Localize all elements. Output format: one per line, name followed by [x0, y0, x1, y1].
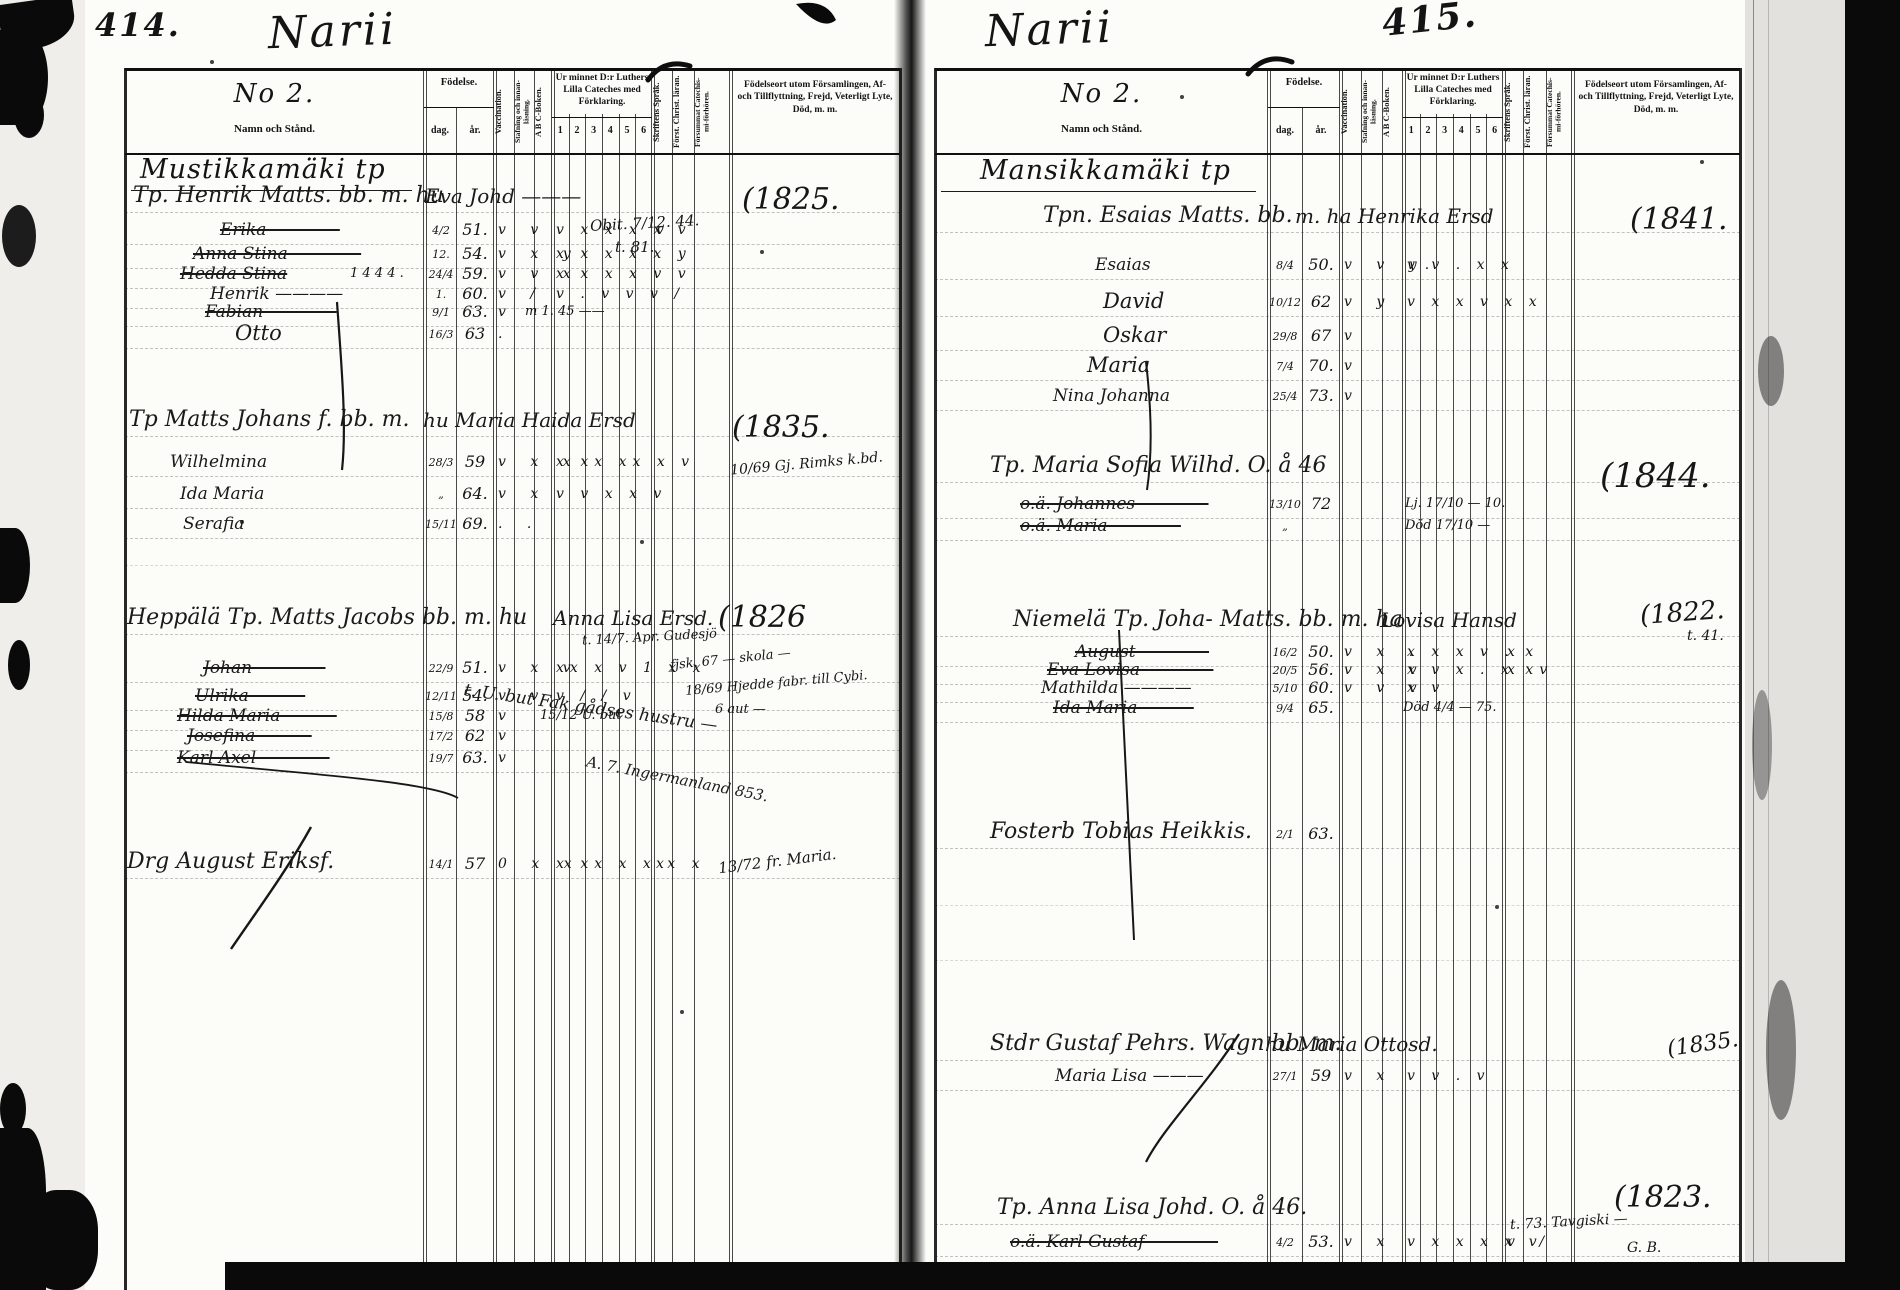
table-body-right: Mansikkamäki tpTpn. Esaias Matts. bb.m. …	[935, 150, 1740, 1290]
row-birth-day: 12.	[424, 248, 458, 261]
row-annotation: Lj. 17/10 — 10.	[1405, 496, 1505, 511]
row-birth-year: 65.	[1302, 698, 1340, 717]
row-name: Johan ————	[203, 658, 326, 678]
row-name: Niemelä Tp. Joha- Matts. bb. m. ha	[1013, 607, 1403, 632]
row-name: Fabian ————	[205, 302, 337, 322]
scan-speck	[1700, 160, 1704, 164]
header-scripture-label: Skriftens Språk.	[652, 74, 672, 150]
header-year-label: år.	[456, 125, 494, 137]
remark-note: (1823.	[1614, 1180, 1712, 1215]
row-marks-reading: v v	[498, 222, 548, 238]
header-abc-label: A B C-Boken.	[534, 74, 552, 150]
ink-blot	[1752, 690, 1772, 800]
header-missed-exam-label: Försummat Catechis- mi-förhören.	[1546, 74, 1572, 150]
table-row: Oskar29/867v	[935, 326, 1740, 351]
header-divider	[552, 117, 652, 118]
row-birth-day: 17/2	[424, 730, 458, 743]
register-table-right: No 2. Namn och Stånd. Födelse. dag. år. …	[935, 68, 1740, 1290]
row-birth-year: 51.	[456, 658, 494, 677]
row-birth-day: 28/3	[424, 456, 458, 469]
row-birth-year: 59	[456, 452, 494, 471]
row-birth-day: 24/4	[424, 268, 458, 281]
header-cat-col-4: 4	[1453, 125, 1470, 137]
row-marks-reading: .	[498, 326, 512, 342]
row-birth-day: 22/9	[424, 662, 458, 675]
row-birth-year: 69.	[456, 514, 494, 533]
header-vaccination-label: Vaccination.	[494, 74, 514, 150]
table-row: Ida Maria ———9/465.Död 4/4 — 75.	[935, 698, 1740, 723]
table-row: Ida Maria„64.v xv v x x v	[125, 484, 900, 509]
remark-note: G. B.	[1627, 1240, 1661, 1256]
row-marks-reading: . .	[498, 516, 541, 532]
header-name-label: Namn och Stånd.	[125, 123, 424, 135]
row-name: August ————	[1075, 642, 1209, 662]
row-birth-year: 63.	[456, 748, 494, 767]
table-row: Tpn. Esaias Matts. bb.m. ha Henrika Ersd	[935, 208, 1740, 233]
row-marks-reading: v	[498, 708, 516, 724]
header-cat-col-5: 5	[1470, 125, 1487, 137]
row-marks-extra: x	[1507, 644, 1525, 660]
row-name: Anna Stina ————	[193, 244, 361, 264]
remark-note: t. 41.	[1687, 628, 1724, 644]
remark-note: (1844.	[1600, 456, 1711, 496]
page-edge-line	[1753, 0, 1754, 1290]
row-marks-reading: v y	[1344, 294, 1394, 310]
row-birth-year: 64.	[456, 484, 494, 503]
row-name: o.ä. Maria ————	[1020, 516, 1181, 536]
row-marks-catechism: v v x x v	[556, 486, 667, 502]
row-birth-day: 9/4	[1268, 702, 1302, 715]
row-name: Nina Johanna	[1053, 386, 1170, 406]
row-annotation: Död 4/4 — 75.	[1403, 700, 1497, 715]
row-marks-catechism: v v . v	[1407, 1068, 1491, 1084]
remark-note: 6 aut —	[715, 702, 766, 717]
row-marks-extra: x	[656, 856, 674, 872]
header-divider	[1403, 117, 1503, 118]
page-title-left: Narii	[267, 4, 398, 59]
table-row: Maria Lisa ———27/159v xv v . v	[935, 1066, 1740, 1091]
row-birth-day: 2/1	[1268, 828, 1302, 841]
row-name: Heppälä Tp. Matts Jacobs bb. m. hu	[127, 605, 527, 630]
page-title-right: Narii	[984, 2, 1115, 57]
row-marks-catechism: v . v v v /	[556, 286, 685, 302]
header-birth-label: Födelse.	[1268, 77, 1340, 89]
row-name: Wilhelmina	[170, 452, 267, 472]
row-name: Ida Maria ———	[1053, 698, 1194, 718]
row-marks-reading: v	[498, 304, 516, 320]
row-birth-year: 70.	[1302, 356, 1340, 375]
header-abc-label: A B C-Boken.	[1382, 74, 1403, 150]
remark-note: t. 81.	[615, 238, 654, 256]
row-marks-reading: v x	[498, 486, 548, 502]
header-cat-col-1: 1	[552, 125, 569, 137]
row-birth-year: 63	[456, 324, 494, 343]
row-name: Maria Lisa ———	[1055, 1066, 1204, 1086]
header-divider	[1268, 107, 1340, 108]
scan-speck	[240, 520, 244, 524]
row-annotation: Död 17/10 —	[1405, 518, 1490, 533]
row-name: Hilda Maria ———	[177, 706, 337, 726]
row-birth-day: 9/1	[424, 306, 458, 319]
table-row: o.ä. Karl Gustaf ————4/253.v xv x x x x …	[935, 1232, 1740, 1257]
row-birth-day: „	[1268, 520, 1302, 533]
row-birth-year: 72	[1302, 494, 1340, 513]
row-name: Tpn. Esaias Matts. bb.	[1043, 203, 1293, 228]
row-name: o.ä. Johannes ————	[1020, 494, 1209, 514]
row-name: Oskar	[1103, 323, 1166, 347]
row-birth-day: „	[424, 488, 458, 501]
header-vaccination-label: Vaccination.	[1340, 74, 1361, 150]
row-name: Ida Maria	[180, 484, 264, 504]
row-birth-day: 10/12	[1268, 296, 1302, 309]
remark-note: (1826	[718, 600, 806, 635]
row-marks-catechism: x xx x x x x	[556, 856, 706, 872]
remark-note: (1825.	[742, 182, 840, 217]
row-birth-year: 54.	[456, 244, 494, 263]
row-spouse-name: hu Maria Haida Ersd	[423, 408, 636, 432]
row-name: David	[1103, 289, 1164, 313]
header-remarks-label: Födelseort utom Församlingen, Af- och Ti…	[730, 79, 900, 116]
header-cat-col-6: 6	[635, 125, 652, 137]
row-annotation: m 1. 45 ——	[525, 304, 605, 319]
table-row: Otto16/363.	[125, 324, 900, 349]
register-table-left: No 2. Namn och Stånd. Födelse. dag. år. …	[125, 68, 900, 1290]
page-number-left: 414.	[95, 6, 181, 44]
row-marks-extra: x v	[1507, 662, 1557, 678]
ink-blot	[14, 92, 44, 138]
row-name: Tp. Maria Sofia Wilhd. O. å 46	[990, 453, 1327, 478]
row-birth-day: 15/11	[424, 518, 458, 531]
row-birth-day: 7/4	[1268, 360, 1302, 373]
row-spouse-name: m. ha Henrika Ersd	[1295, 204, 1494, 228]
row-marks-catechism: v v . x x	[1407, 257, 1515, 273]
row-name: Eva Lovisa ————	[1047, 660, 1213, 680]
row-birth-day: 27/1	[1268, 1070, 1302, 1083]
row-name: Fosterb Tobias Heikkis.	[990, 819, 1252, 844]
row-name: Esaias	[1095, 255, 1151, 275]
header-name-cell: No 2. Namn och Stånd.	[125, 71, 424, 153]
row-name: Drg August Eriksf.	[127, 849, 334, 874]
table-row: o.ä. Maria ————„Död 17/10 —	[935, 516, 1740, 541]
table-row: David10/1262v yv x x v x x	[935, 292, 1740, 317]
header-divider	[424, 107, 494, 108]
remark-note: (1835.	[732, 410, 830, 445]
header-cat-col-6: 6	[1486, 125, 1503, 137]
row-name: Henrik ————	[210, 284, 343, 304]
row-birth-day: 29/8	[1268, 330, 1302, 343]
table-row: Esaias8/450.v v y.v v . x x	[935, 255, 1740, 280]
table-row: Serafia15/1169.. .	[125, 514, 900, 539]
row-name: o.ä. Karl Gustaf ————	[1010, 1232, 1218, 1252]
row-birth-day: 15/8	[424, 710, 458, 723]
scan-speck	[640, 540, 644, 544]
ink-blot	[28, 1190, 98, 1290]
row-birth-year: 50.	[1302, 642, 1340, 661]
row-marks-catechism: v x x v x x	[1407, 294, 1543, 310]
scan-bottom-band	[225, 1262, 1900, 1290]
row-birth-day: 25/4	[1268, 390, 1302, 403]
header-day-label: dag.	[424, 125, 456, 137]
row-marks-extra: v /	[1507, 1234, 1554, 1250]
header-scripture-label: Skriftens Språk.	[1503, 74, 1523, 150]
row-marks-catechism: x x x x v v	[556, 266, 692, 282]
header-name-cell: No 2. Namn och Stånd.	[935, 71, 1268, 153]
table-row: Maria7/470.v	[935, 356, 1740, 381]
scan-speck	[760, 250, 764, 254]
scan-speck	[1495, 905, 1499, 909]
header-christianity-label: Först. Christ. läran.	[672, 74, 694, 150]
row-name: Hedda Stina	[180, 264, 287, 284]
scan-speck	[680, 1010, 684, 1014]
header-spelling-label: Stafning och innan-läsning.	[1361, 74, 1382, 150]
row-marks-catechism: x v	[1407, 680, 1445, 696]
table-row: Erika ————4/251.v vv x x x x vv	[125, 220, 900, 245]
scan-speck	[210, 60, 214, 64]
scan-edge-strip	[1745, 0, 1845, 1290]
header-cat-col-1: 1	[1403, 125, 1420, 137]
header-cat-col-2: 2	[569, 125, 586, 137]
row-birth-year: 56.	[1302, 660, 1340, 679]
header-birth-label: Födelse.	[424, 77, 494, 89]
ink-blot	[1766, 980, 1796, 1120]
header-remarks-label: Födelseort utom Församlingen, Af- och Ti…	[1572, 79, 1740, 116]
header-cat-col-5: 5	[619, 125, 636, 137]
header-cat-col-4: 4	[602, 125, 619, 137]
scanned-book-spread: 414. 415. Narii Narii No 2. Namn och Stå…	[0, 0, 1900, 1290]
row-marks-reading: v	[1344, 358, 1362, 374]
row-birth-year: 59.	[456, 264, 494, 283]
header-number-label: No 2.	[935, 79, 1268, 109]
row-birth-year: 63.	[1302, 824, 1340, 843]
header-cat-col-2: 2	[1420, 125, 1437, 137]
remark-note: (1841.	[1630, 202, 1728, 237]
row-name: Ulrika ———	[195, 686, 305, 706]
header-day-label: dag.	[1268, 125, 1302, 137]
scan-speck	[1180, 95, 1184, 99]
table-row: Niemelä Tp. Joha- Matts. bb. m. haLovisa…	[935, 612, 1740, 637]
row-name: Tp. Henrik Matts. bb. m. hu	[133, 183, 444, 208]
table-row: Fosterb Tobias Heikkis.2/163.	[935, 824, 1740, 849]
row-birth-day: 5/10	[1268, 682, 1302, 695]
row-spouse-name: Anna Lisa Ersd.	[553, 606, 713, 630]
header-spelling-label: Stafning och innan-läsning.	[514, 74, 534, 150]
row-marks-reading: v	[498, 750, 516, 766]
row-birth-day: 16/2	[1268, 646, 1302, 659]
row-birth-day: 13/10	[1268, 498, 1302, 511]
row-birth-year: 51.	[456, 220, 494, 239]
ink-blot	[2, 205, 36, 267]
table-row: Nina Johanna25/473.v	[935, 386, 1740, 411]
row-birth-year: 62	[456, 726, 494, 745]
row-birth-day: 16/3	[424, 328, 458, 341]
row-birth-year: 53.	[1302, 1232, 1340, 1251]
row-name: Otto	[235, 321, 282, 345]
row-birth-day: 12/11	[424, 690, 458, 703]
row-birth-year: 60.	[1302, 678, 1340, 697]
scan-edge-black	[1845, 0, 1900, 1290]
table-row: Karl Axel ————19/763.v	[125, 748, 900, 773]
row-spouse-name: hu Maria Ottosd.	[1265, 1032, 1438, 1056]
row-name: Karl Axel ————	[177, 748, 330, 768]
section-heading: Mustikkamäki tp	[140, 154, 386, 185]
header-cat-col-3: 3	[1436, 125, 1453, 137]
row-birth-day: 4/2	[1268, 1236, 1302, 1249]
header-name-label: Namn och Stånd.	[935, 123, 1268, 135]
row-annotation: 1 4 4 4 .	[350, 266, 404, 281]
row-spouse-name: Lovisa Hansd	[1380, 608, 1517, 632]
row-birth-year: 67	[1302, 326, 1340, 345]
ink-blot	[1758, 336, 1784, 406]
header-christianity-label: Först. Christ. läran.	[1523, 74, 1546, 150]
row-birth-year: 50.	[1302, 255, 1340, 274]
header-catechism-label: Ur minnet D:r Luthers Lilla Cateches med…	[552, 73, 652, 109]
book-fold-shadow	[894, 0, 926, 1290]
row-name: Maria	[1087, 353, 1150, 377]
row-birth-day: 20/5	[1268, 664, 1302, 677]
row-birth-year: 60.	[456, 284, 494, 303]
row-birth-year: 58	[456, 706, 494, 725]
ink-blot	[0, 528, 30, 603]
section-heading: Mansikkamäki tp	[980, 155, 1231, 186]
table-body-left: Mustikkamäki tpTp. Henrik Matts. bb. m. …	[125, 150, 900, 1290]
row-name: Tp Matts Johans f. bb. m.	[129, 407, 410, 432]
row-birth-day: 14/1	[424, 858, 458, 871]
row-marks-reading: v x	[1344, 1068, 1394, 1084]
header-missed-exam-label: Försummat Catechis- mi-förhören.	[694, 74, 730, 150]
row-marks-reading: v /	[498, 286, 545, 302]
row-marks-reading: v x	[1344, 1234, 1394, 1250]
row-name: Serafia	[183, 514, 244, 534]
row-birth-year: 62	[1302, 292, 1340, 311]
row-marks-reading: v	[1344, 388, 1362, 404]
row-birth-day: 8/4	[1268, 259, 1302, 272]
row-name: Josefina ———	[187, 726, 312, 746]
header-catechism-label: Ur minnet D:r Luthers Lilla Cateches med…	[1403, 73, 1503, 109]
table-row: Stdr Gustaf Pehrs. Wagn bb. m.hu Maria O…	[935, 1036, 1740, 1061]
row-birth-year: 63.	[456, 302, 494, 321]
row-birth-day: 19/7	[424, 752, 458, 765]
row-birth-year: 59	[1302, 1066, 1340, 1085]
row-marks-catechism: x xx xx x v	[556, 454, 695, 470]
header-number-label: No 2.	[125, 79, 424, 109]
row-marks-reading: v	[1344, 328, 1362, 344]
row-name: Tp. Anna Lisa Johd. O. å 46.	[997, 1195, 1307, 1220]
row-name: Erika ————	[220, 220, 340, 240]
row-birth-year: 73.	[1302, 386, 1340, 405]
ink-blot	[8, 640, 30, 690]
header-cat-col-3: 3	[585, 125, 602, 137]
row-marks-reading: v	[498, 728, 516, 744]
table-header: No 2. Namn och Stånd. Födelse. dag. år. …	[935, 68, 1740, 155]
row-birth-year: 57	[456, 854, 494, 873]
row-birth-day: 1.	[424, 288, 458, 301]
remark-note: (1822.	[1639, 595, 1725, 631]
table-header: No 2. Namn och Stånd. Födelse. dag. år. …	[125, 68, 900, 155]
row-birth-day: 4/2	[424, 224, 458, 237]
row-spouse-name: Eva Johd ———	[425, 184, 581, 208]
heading-underline	[941, 191, 1256, 192]
header-year-label: år.	[1302, 125, 1340, 137]
row-name: Mathilda ————	[1041, 678, 1192, 698]
